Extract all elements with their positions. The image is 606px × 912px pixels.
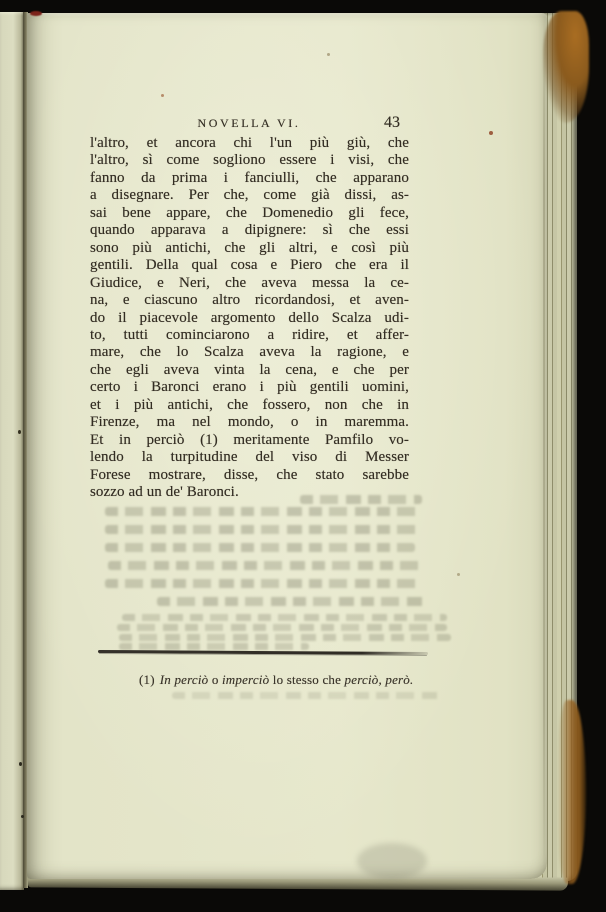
footnote-text: In perciò bbox=[160, 672, 209, 687]
body-text-line: fanno da prima i fanciulli, che apparano bbox=[90, 170, 409, 187]
bleedthrough-text bbox=[117, 624, 447, 631]
bleedthrough-text bbox=[122, 614, 447, 621]
edge-speck bbox=[21, 815, 24, 818]
bleedthrough-text bbox=[105, 507, 421, 516]
body-text-line: na, e ciascuno altro ricordandosi, et av… bbox=[90, 292, 409, 309]
body-text-line: lendo la turpitudine del viso di Messer bbox=[90, 449, 409, 466]
bleedthrough-text bbox=[108, 561, 420, 570]
body-text-line: do il piacevole argomento dello Scalza u… bbox=[90, 310, 409, 327]
running-header: NOVELLA VI. 43 bbox=[90, 116, 408, 134]
body-text-line: et i più antichi, che fossero, non che i… bbox=[90, 397, 409, 414]
bleedthrough-text bbox=[172, 692, 442, 699]
book-scan: NOVELLA VI. 43 l'altro, et ancora chi l'… bbox=[0, 0, 606, 912]
footnote-text: o bbox=[208, 672, 222, 687]
bleedthrough-text bbox=[300, 495, 422, 504]
body-text-line: l'altro, et ancora chi l'un più giù, che bbox=[90, 135, 409, 152]
body-text-line: Forese mostrare, disse, che stato sarebb… bbox=[90, 467, 409, 484]
body-text-line: gentili. Della qual cosa e Piero che era… bbox=[90, 257, 409, 274]
bleedthrough-text bbox=[105, 543, 415, 552]
browned-corner-top bbox=[543, 11, 589, 123]
body-text-line: l'altro, sì come sogliono essere i visi,… bbox=[90, 152, 409, 169]
book-page: NOVELLA VI. 43 l'altro, et ancora chi l'… bbox=[27, 13, 547, 879]
page-number: 43 bbox=[384, 114, 400, 132]
footnote-text: imperciò bbox=[222, 672, 269, 687]
body-text-line: sai bene appare, che Domenedio gli fece, bbox=[90, 205, 409, 222]
body-text-line: Giudice, e Neri, che aveva messa la ce- bbox=[90, 275, 409, 292]
section-title: NOVELLA VI. bbox=[90, 116, 408, 131]
body-text-line: Et in perciò (1) meritamente Pamfilo vo- bbox=[90, 432, 409, 449]
body-text-line: to, tutti cominciarono a ridire, et affe… bbox=[90, 327, 409, 344]
bleedthrough-text bbox=[105, 579, 421, 588]
page-crease bbox=[543, 13, 545, 879]
foxing-dot bbox=[457, 573, 460, 576]
body-text-line: sono più antichi, che gli altri, e così … bbox=[90, 240, 409, 257]
foxing-dot bbox=[327, 53, 330, 56]
footnote-text: perciò, però. bbox=[345, 672, 414, 687]
footnote-text: lo stesso che bbox=[269, 672, 344, 687]
bleedthrough-text bbox=[119, 643, 309, 650]
browned-corner-bottom bbox=[558, 700, 586, 884]
edge-speck bbox=[19, 762, 22, 766]
body-text-line: Firenze, ma nel mondo, o in maremma. bbox=[90, 414, 409, 431]
body-text-line: mare, che lo Scalza aveva la ragione, e bbox=[90, 344, 409, 361]
edge-speck bbox=[18, 430, 21, 434]
bleedthrough-text bbox=[119, 634, 451, 641]
paper-smudge bbox=[357, 843, 427, 879]
footnote-rule bbox=[98, 650, 428, 655]
body-text-line: certo i Baronci erano i più gentili uomi… bbox=[90, 379, 409, 396]
body-text: l'altro, et ancora chi l'un più giù, che… bbox=[90, 135, 409, 502]
body-text-line: quando apparava a dipignere: sì che essi bbox=[90, 222, 409, 239]
footnote-marker: (1) bbox=[139, 672, 155, 687]
body-text-line: a disegnare. Per che, come già dissi, as… bbox=[90, 187, 409, 204]
bleedthrough-text bbox=[105, 525, 419, 534]
facing-page-edge bbox=[0, 12, 24, 890]
foxing-dot bbox=[161, 94, 164, 97]
bleedthrough-text bbox=[157, 597, 427, 606]
body-text-line: che egli aveva vinta la cena, e che per bbox=[90, 362, 409, 379]
footnote: (1)In perciò o imperciò lo stesso che pe… bbox=[139, 672, 429, 688]
binding-speck bbox=[30, 11, 42, 16]
foxing-dot bbox=[489, 131, 493, 135]
